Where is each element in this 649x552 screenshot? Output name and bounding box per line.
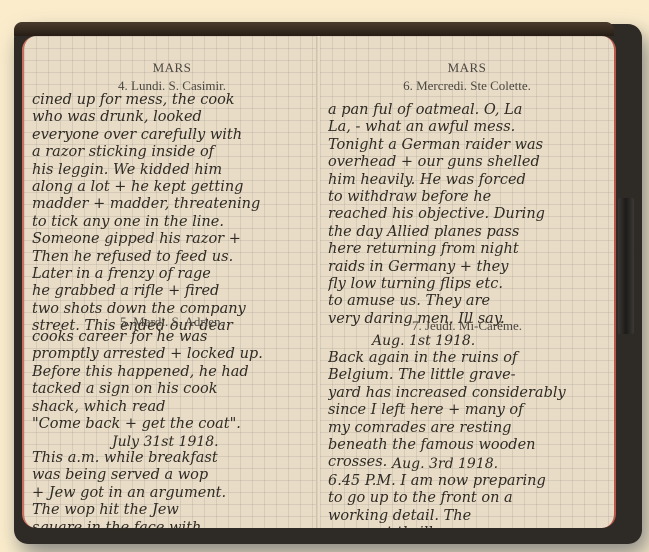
month-header: MARS	[24, 60, 320, 76]
entry-date: July 31st 1918.	[112, 434, 219, 450]
left-page: MARS 4. Lundi. S. Casimir. cined up for …	[22, 36, 320, 528]
month-header: MARS	[320, 60, 614, 76]
diary-entry: Back again in the ruins of Belgium. The …	[328, 350, 608, 472]
diary-entry: 6.45 P.M. I am now preparing to go up to…	[328, 473, 608, 543]
entry-date: Aug. 1st 1918.	[372, 333, 475, 349]
diary-entry: a pan ful of oatmeal. O, La La, - what a…	[328, 102, 608, 328]
entry-date: Aug. 3rd 1918.	[392, 456, 498, 472]
diary-top-edge	[14, 22, 614, 36]
day-header: 6. Mercredi. Ste Colette.	[320, 78, 614, 94]
diary-entry: cooks career for he was promptly arreste…	[32, 329, 314, 433]
diary-entry: This a.m. while breakfast was being serv…	[32, 450, 314, 537]
diary-entry: cined up for mess, the cook who was drun…	[32, 92, 314, 336]
elastic-strap	[618, 198, 634, 334]
right-page: MARS 6. Mercredi. Ste Colette. a pan ful…	[320, 36, 616, 528]
day-header: 5. Mardi. S. Adrien.	[24, 314, 320, 330]
day-header: 7. Jeudi. Mi-Carême.	[320, 318, 614, 334]
